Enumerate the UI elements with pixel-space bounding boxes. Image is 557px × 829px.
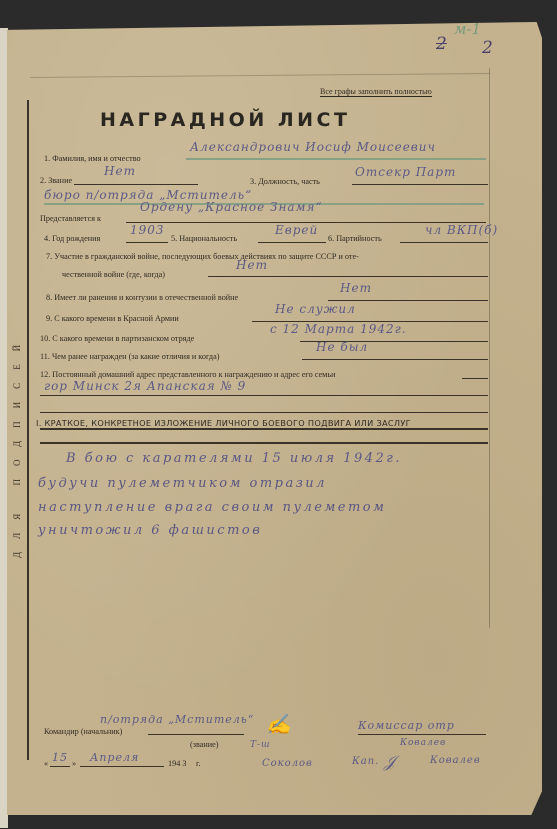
commander-value: п/отряда „Мститель“	[100, 713, 254, 726]
field-11-value: Не был	[316, 340, 368, 354]
commissar-line	[358, 734, 486, 735]
field-11-label: 11. Чем ранее награжден (за какие отличи…	[40, 352, 219, 361]
field-7-label: 7. Участие в гражданской войне, последую…	[46, 252, 359, 261]
archive-green-mark: м-1	[454, 20, 481, 38]
field-4-label: 4. Год рождения	[44, 234, 100, 243]
date-day: 15	[52, 751, 68, 764]
field-5-line	[258, 242, 326, 243]
scan-edge	[0, 28, 8, 828]
archive-page-number: 2	[482, 38, 493, 58]
commissar-name-label: Ковалев	[400, 738, 446, 748]
date-day-line	[50, 766, 70, 767]
page-title: НАГРАДНОЙ ЛИСТ	[100, 109, 350, 131]
field-5-label: 5. Национальность	[171, 234, 237, 243]
field-8-line	[328, 300, 488, 301]
section-heading: I. КРАТКОЕ, КОНКРЕТНОЕ ИЗЛОЖЕНИЕ ЛИЧНОГО…	[36, 418, 411, 428]
field-2-label: 2. Звание	[40, 176, 72, 185]
field-5-value: Еврей	[275, 223, 318, 237]
field-2-value: Нет	[104, 164, 136, 178]
field-9-label: 9. С какого времени в Красной Армии	[46, 314, 179, 323]
field-6-label: 6. Партийность	[328, 234, 382, 243]
field-12-line	[40, 395, 488, 396]
field-4-value: 1903	[130, 223, 165, 237]
award-value: Ордену „Красное Знамя“	[140, 200, 323, 214]
signature-1-name: Соколов	[262, 758, 313, 769]
commander-line	[148, 734, 244, 735]
date-quote: «	[44, 759, 48, 768]
margin-rule	[27, 100, 29, 760]
field-1-label: 1. Фамилия, имя и отчество	[44, 154, 141, 163]
field-12-value: гор Минск 2я Апанская № 9	[44, 379, 246, 393]
award-label: Представляется к	[40, 214, 101, 223]
date-suffix: г.	[196, 759, 200, 768]
field-1-underline	[186, 158, 486, 160]
field-7-value: Нет	[236, 258, 268, 272]
signature-1: ✍	[266, 712, 292, 736]
header-note: Все графы заполнить полностью	[320, 87, 432, 97]
right-margin-rule	[489, 68, 490, 628]
field-6-line	[400, 242, 488, 243]
field-11-line	[302, 359, 488, 360]
field-6-value: чл ВКП(б)	[425, 223, 498, 237]
signature-2: 𝒥	[384, 752, 396, 772]
field-3-label: 3. Должность, часть	[250, 177, 320, 186]
rank-label: (звание)	[190, 740, 218, 749]
signature-1-prefix: Т-ш	[250, 740, 271, 750]
field-12-line-head	[462, 378, 488, 379]
field-7-line	[208, 276, 488, 277]
date-month: Апреля	[90, 751, 139, 764]
date-year: 194 3	[168, 759, 186, 768]
section-rule-bottom	[40, 442, 488, 444]
archive-struck-number: 2	[436, 34, 447, 54]
field-10-value: с 12 Марта 1942г.	[270, 322, 407, 336]
date-quote-close: »	[72, 759, 76, 768]
section-rule	[40, 428, 488, 430]
field-8-value: Нет	[340, 281, 372, 295]
field-9-value: Не служил	[275, 302, 356, 316]
field-2-line	[74, 184, 198, 185]
signature-2-name: Ковалев	[430, 755, 481, 766]
field-4-line	[126, 242, 168, 243]
merit-line-1: В бою с карателями 15 июля 1942г.	[66, 451, 402, 466]
merit-line-3: наступление врага своим пулеметом	[38, 500, 386, 515]
signature-2-prefix: Кап.	[352, 756, 379, 767]
field-3-value: Отсекр Парт	[355, 165, 456, 179]
field-7-label-continued: чественной войне (где, когда)	[62, 270, 165, 279]
field-3-line	[352, 184, 488, 185]
commander-label: Командир (начальник)	[44, 727, 122, 736]
commissar-value: Комиссар отр	[358, 719, 455, 732]
date-month-line	[80, 766, 164, 767]
field-12-line-2	[40, 412, 488, 413]
field-10-label: 10. С какого времени в партизанском отря…	[40, 334, 194, 343]
merit-line-4: уничтожил 6 фашистов	[38, 523, 262, 538]
field-8-label: 8. Имеет ли ранения и контузии в отечест…	[46, 293, 238, 302]
field-12-label: 12. Постоянный домашний адрес представле…	[40, 370, 335, 379]
field-1-value: Александрович Иосиф Моисеевич	[190, 140, 436, 154]
side-text: ДЛЯ ПОДПИСЕЙ	[12, 280, 26, 610]
merit-line-2: будучи пулеметчиком отразил	[38, 476, 327, 491]
